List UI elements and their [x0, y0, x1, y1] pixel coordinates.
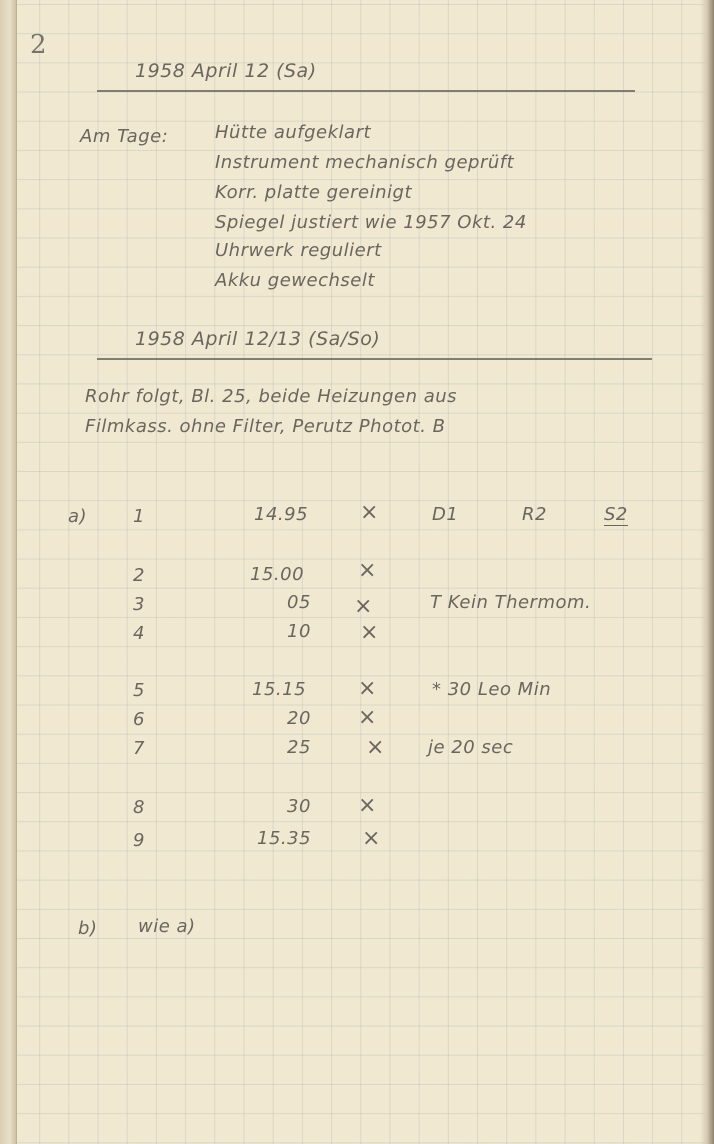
entry2-heading: 1958 April 12/13 (Sa/So) — [135, 328, 380, 350]
row-check-mark: × — [362, 826, 381, 851]
entry2-note: Rohr folgt, Bl. 25, beide Heizungen aus — [85, 386, 457, 407]
header-code-d1: D1 — [432, 504, 458, 525]
page-number: 2 — [30, 30, 47, 60]
series-b-label: b) — [78, 918, 97, 939]
row-check-mark: × — [358, 558, 377, 583]
series-a-label: a) — [68, 506, 87, 527]
row-time: 30 — [287, 796, 311, 817]
row-time: 10 — [287, 621, 311, 642]
row-check-mark: × — [354, 594, 373, 619]
entry1-label: Am Tage: — [80, 126, 168, 147]
entry1-heading: 1958 April 12 (Sa) — [135, 60, 317, 82]
entry1-line: Instrument mechanisch geprüft — [215, 152, 514, 173]
page-right-edge — [700, 0, 714, 1144]
entry2-note: Filmkass. ohne Filter, Perutz Photot. B — [85, 416, 446, 437]
row-note: T Kein Thermom. — [430, 592, 591, 613]
row-check-mark: × — [358, 793, 377, 818]
row-time: 25 — [287, 737, 311, 758]
entry1-line: Hütte aufgeklart — [215, 122, 371, 143]
row-note: * 30 Leo Min — [432, 679, 551, 700]
header-code-r2: R2 — [522, 504, 547, 525]
row-time: 15.35 — [257, 828, 311, 849]
entry2-underline — [97, 358, 652, 360]
row-number: 3 — [133, 594, 145, 615]
header-code-s2: S2 — [604, 504, 628, 526]
row-check-mark: × — [360, 620, 379, 645]
page-left-edge — [0, 0, 17, 1144]
row-check-mark: × — [358, 705, 377, 730]
row-number: 6 — [133, 709, 145, 730]
row-time: 05 — [287, 592, 311, 613]
row-number: 8 — [133, 797, 145, 818]
row-number: 1 — [133, 506, 145, 527]
entry1-line: Akku gewechselt — [215, 270, 375, 291]
row-time: 14.95 — [254, 504, 308, 525]
row-time: 20 — [287, 708, 311, 729]
entry1-line: Spiegel justiert wie 1957 Okt. 24 — [215, 212, 527, 233]
row-number: 9 — [133, 830, 145, 851]
entry1-line: Korr. platte gereinigt — [215, 182, 412, 203]
row-number: 2 — [133, 565, 145, 586]
entry1-line: Uhrwerk reguliert — [215, 240, 382, 261]
row-check-mark: × — [366, 735, 385, 760]
row-number: 7 — [133, 738, 145, 759]
row-time: 15.15 — [252, 679, 306, 700]
row-time: 15.00 — [250, 564, 304, 585]
row-number: 4 — [133, 623, 145, 644]
entry1-underline — [97, 90, 635, 92]
series-b-text: wie a) — [138, 916, 196, 937]
row-check-mark: × — [358, 676, 377, 701]
row-number: 5 — [133, 680, 145, 701]
notebook-page: 2 1958 April 12 (Sa) Am Tage: Hütte aufg… — [0, 0, 714, 1144]
row-note: je 20 sec — [428, 737, 513, 758]
row-check-mark: × — [360, 500, 379, 525]
